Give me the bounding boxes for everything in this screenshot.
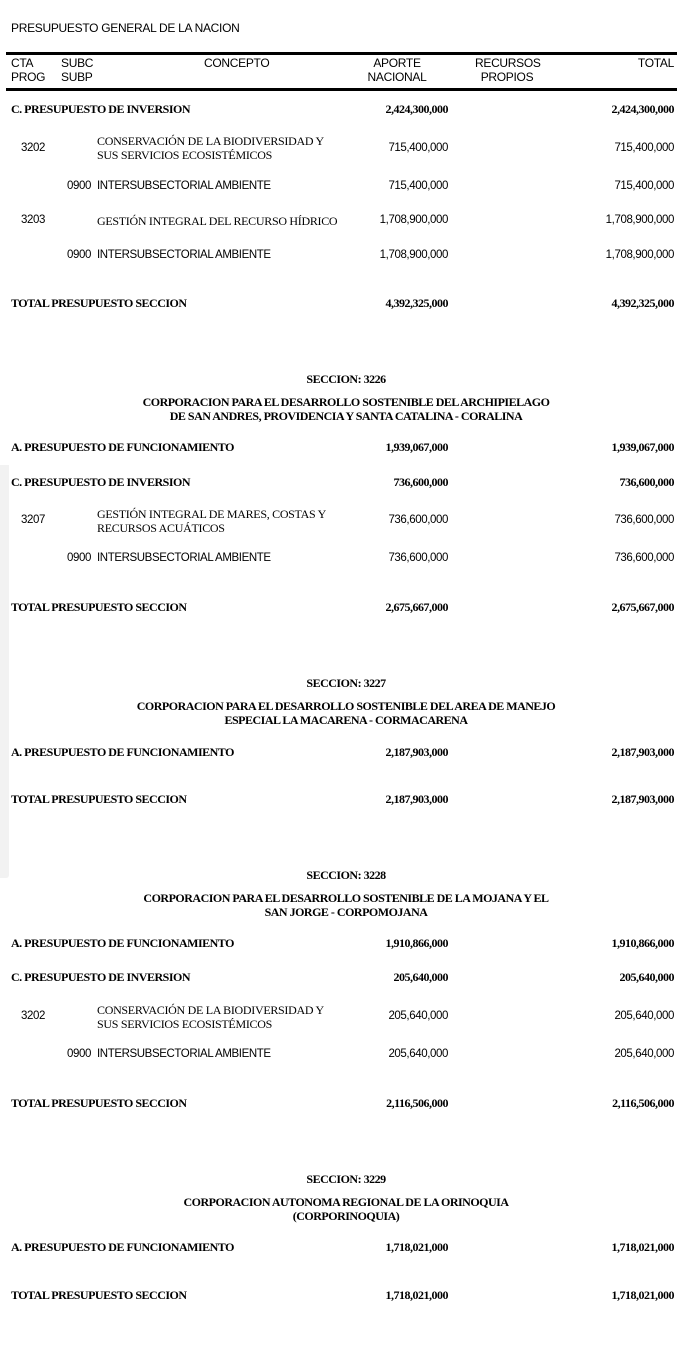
section-total-label: TOTAL PRESUPUESTO SECCION	[11, 1096, 187, 1111]
funcionamiento-label: A. PRESUPUESTO DE FUNCIONAMIENTO	[11, 936, 234, 951]
aporte: 715,400,000	[388, 142, 448, 154]
section-heading: SECCION: 3226	[0, 372, 692, 387]
left-gray-strip	[0, 465, 9, 878]
section-total-aporte: 2,116,506,000	[386, 1096, 448, 1111]
total: 1,708,900,000	[606, 249, 674, 261]
section-name: CORPORACION PARA EL DESARROLLO SOSTENIBL…	[0, 699, 692, 727]
section-heading: SECCION: 3229	[0, 1172, 692, 1187]
concepto: INTERSUBSECTORIAL AMBIENTE	[97, 552, 271, 564]
cta-code: 3203	[21, 214, 45, 226]
section-name: CORPORACION PARA EL DESARROLLO SOSTENIBL…	[0, 395, 692, 423]
funcionamiento-total: 2,187,903,000	[612, 745, 675, 760]
section-total-label: TOTAL PRESUPUESTO SECCION	[11, 600, 187, 615]
total: 715,400,000	[614, 180, 674, 192]
concepto: INTERSUBSECTORIAL AMBIENTE	[97, 1048, 271, 1060]
section-total-total: 4,392,325,000	[612, 296, 675, 311]
inversion-total: 205,640,000	[620, 970, 675, 985]
aporte: 1,708,900,000	[380, 249, 448, 261]
total: 736,600,000	[614, 552, 674, 564]
section-total-label: TOTAL PRESUPUESTO SECCION	[11, 296, 187, 311]
concepto: GESTIÓN INTEGRAL DEL RECURSO HÍDRICO	[97, 214, 337, 228]
total: 736,600,000	[614, 514, 674, 526]
inversion-total: 2,424,300,000	[612, 102, 675, 117]
total: 1,708,900,000	[606, 214, 674, 226]
funcionamiento-label: A. PRESUPUESTO DE FUNCIONAMIENTO	[11, 1240, 234, 1255]
header-top-rule	[6, 52, 677, 55]
inversion-aporte: 736,600,000	[394, 475, 449, 490]
total: 715,400,000	[614, 142, 674, 154]
funcionamiento-aporte: 1,939,067,000	[386, 440, 449, 455]
concepto: INTERSUBSECTORIAL AMBIENTE	[97, 249, 271, 261]
subc-code: 0900	[67, 180, 91, 192]
funcionamiento-aporte: 1,910,866,000	[386, 936, 449, 951]
funcionamiento-label: A. PRESUPUESTO DE FUNCIONAMIENTO	[11, 440, 234, 455]
cta-code: 3207	[21, 514, 45, 526]
section-total-aporte: 1,718,021,000	[386, 1288, 449, 1303]
col-subc-subp: SUBCSUBP	[61, 56, 93, 84]
funcionamiento-total: 1,718,021,000	[612, 1240, 675, 1255]
page-title: PRESUPUESTO GENERAL DE LA NACION	[11, 21, 239, 35]
section-name: CORPORACION PARA EL DESARROLLO SOSTENIBL…	[0, 891, 692, 919]
inversion-aporte: 205,640,000	[394, 970, 449, 985]
col-concepto: CONCEPTO	[204, 56, 269, 70]
section-total-label: TOTAL PRESUPUESTO SECCION	[11, 792, 187, 807]
inversion-aporte: 2,424,300,000	[386, 102, 449, 117]
aporte: 205,640,000	[388, 1010, 448, 1022]
section-name: CORPORACION AUTONOMA REGIONAL DE LA ORIN…	[0, 1195, 692, 1223]
section-total-total: 1,718,021,000	[612, 1288, 675, 1303]
col-aporte-nacional: APORTENACIONAL	[366, 56, 428, 84]
col-cta-prog: CTAPROG	[11, 56, 45, 84]
funcionamiento-label: A. PRESUPUESTO DE FUNCIONAMIENTO	[11, 745, 234, 760]
funcionamiento-total: 1,910,866,000	[612, 936, 675, 951]
section-total-total: 2,675,667,000	[612, 600, 675, 615]
subc-code: 0900	[67, 1048, 91, 1060]
section-total-label: TOTAL PRESUPUESTO SECCION	[11, 1288, 187, 1303]
section-total-aporte: 2,187,903,000	[386, 792, 449, 807]
funcionamiento-total: 1,939,067,000	[612, 440, 675, 455]
total: 205,640,000	[614, 1048, 674, 1060]
subc-code: 0900	[67, 552, 91, 564]
section-heading: SECCION: 3228	[0, 868, 692, 883]
aporte: 205,640,000	[388, 1048, 448, 1060]
inversion-label: C. PRESUPUESTO DE INVERSION	[11, 475, 190, 490]
section-total-total: 2,116,506,000	[612, 1096, 674, 1111]
concepto: CONSERVACIÓN DE LA BIODIVERSIDAD YSUS SE…	[97, 134, 324, 162]
concepto: GESTIÓN INTEGRAL DE MARES, COSTAS YRECUR…	[97, 507, 326, 535]
inversion-total: 736,600,000	[620, 475, 675, 490]
inversion-label: C. PRESUPUESTO DE INVERSION	[11, 102, 190, 117]
aporte: 736,600,000	[388, 552, 448, 564]
col-recursos-propios: RECURSOSPROPIOS	[475, 56, 539, 84]
concepto: INTERSUBSECTORIAL AMBIENTE	[97, 180, 271, 192]
section-heading: SECCION: 3227	[0, 676, 692, 691]
section-total-total: 2,187,903,000	[612, 792, 675, 807]
section-total-aporte: 2,675,667,000	[386, 600, 449, 615]
aporte: 736,600,000	[388, 514, 448, 526]
inversion-label: C. PRESUPUESTO DE INVERSION	[11, 970, 190, 985]
header-bottom-rule	[6, 88, 677, 91]
concepto: CONSERVACIÓN DE LA BIODIVERSIDAD YSUS SE…	[97, 1003, 324, 1031]
aporte: 1,708,900,000	[380, 214, 448, 226]
cta-code: 3202	[21, 142, 45, 154]
total: 205,640,000	[614, 1010, 674, 1022]
subc-code: 0900	[67, 249, 91, 261]
section-total-aporte: 4,392,325,000	[386, 296, 449, 311]
col-total: TOTAL	[638, 56, 674, 70]
aporte: 715,400,000	[388, 180, 448, 192]
cta-code: 3202	[21, 1010, 45, 1022]
funcionamiento-aporte: 1,718,021,000	[386, 1240, 449, 1255]
funcionamiento-aporte: 2,187,903,000	[386, 745, 449, 760]
